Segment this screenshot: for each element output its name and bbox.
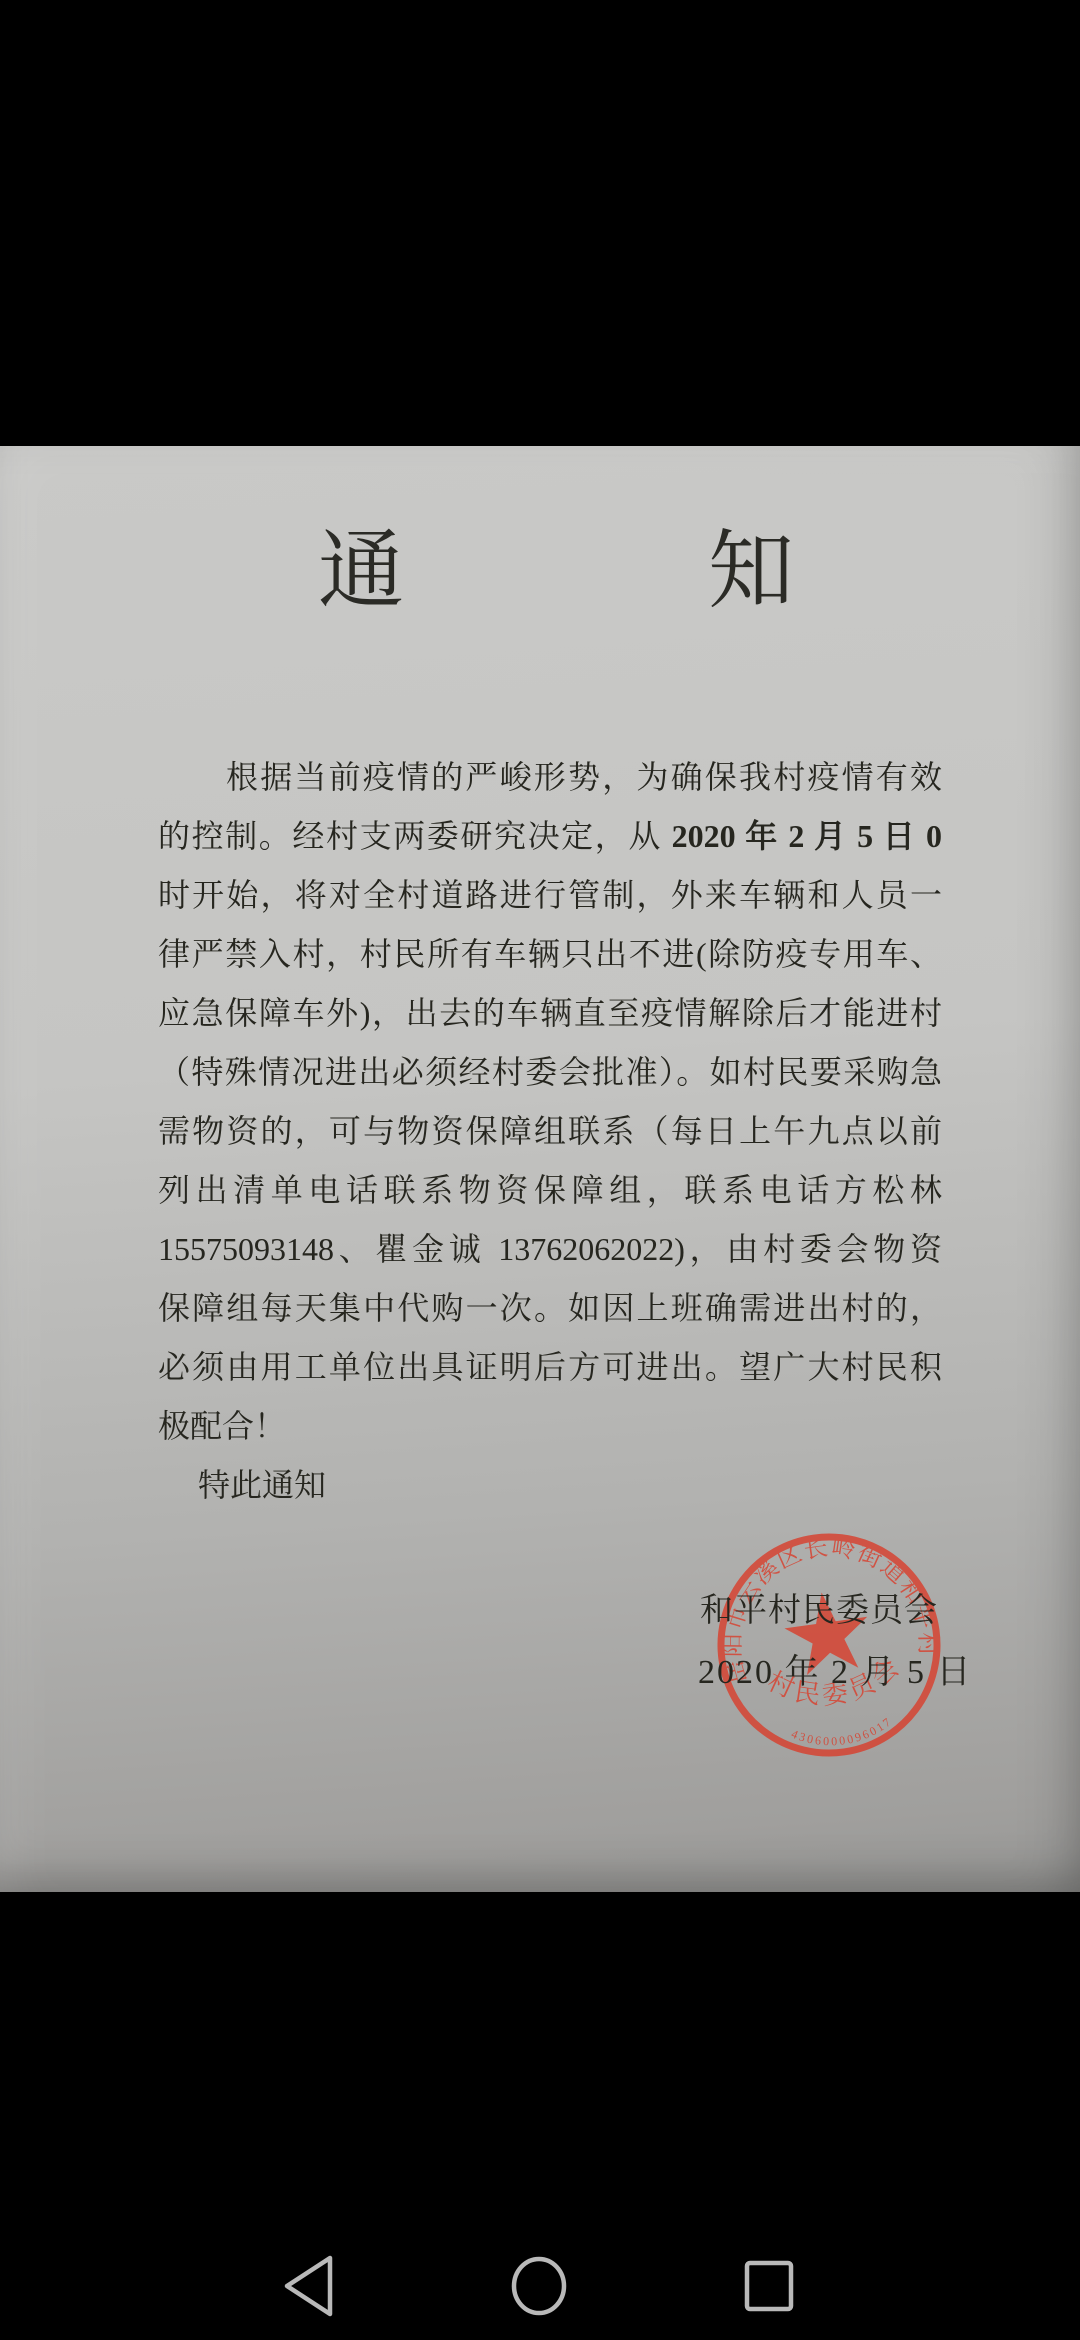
top-letterbox bbox=[0, 0, 1080, 446]
body-line: 列出清单电话联系物资保障组，联系电话方松林 bbox=[158, 1161, 942, 1220]
phone-screen: 通 知 根据当前疫情的严峻形势，为确保我村疫情有效的控制。经村支两委研究决定，从… bbox=[0, 0, 1080, 2340]
date-line: 2020 年 2 月 5 日 bbox=[698, 1644, 973, 1693]
body-line: 保障组每天集中代购一次。如因上班确需进出村的， bbox=[158, 1279, 942, 1338]
notice-photo[interactable]: 通 知 根据当前疫情的严峻形势，为确保我村疫情有效的控制。经村支两委研究决定，从… bbox=[0, 446, 1080, 1892]
body-line: 的控制。经村支两委研究决定，从 2020 年 2 月 5 日 0 bbox=[158, 807, 942, 866]
body-line: 极配合！ bbox=[158, 1397, 942, 1456]
body-line: 必须由用工单位出具证明后方可进出。望广大村民积 bbox=[158, 1338, 942, 1397]
nav-recents-button[interactable] bbox=[733, 2250, 805, 2322]
nav-home-button[interactable] bbox=[503, 2250, 575, 2322]
body-line: 需物资的，可与物资保障组联系（每日上午九点以前 bbox=[158, 1102, 942, 1161]
body-line: 根据当前疫情的严峻形势，为确保我村疫情有效 bbox=[158, 748, 942, 807]
back-icon bbox=[272, 2250, 344, 2322]
home-icon bbox=[503, 2250, 575, 2322]
nav-back-button[interactable] bbox=[272, 2250, 344, 2322]
notice-title-char-1: 通 bbox=[318, 528, 404, 614]
body-line: 15575093148、瞿金诚 13762062022)，由村委会物资 bbox=[158, 1220, 942, 1279]
body-line: （特殊情况进出必须经村委会批准）。如村民要采购急 bbox=[158, 1043, 942, 1102]
signature-line: 和平村民委员会 bbox=[700, 1584, 938, 1631]
body-line: 时开始，将对全村道路进行管制，外来车辆和人员一 bbox=[158, 866, 942, 925]
body-line: 律严禁入村，村民所有车辆只出不进(除防疫专用车、 bbox=[158, 925, 942, 984]
notice-title-char-2: 知 bbox=[708, 528, 794, 614]
body-line: 应急保障车外)，出去的车辆直至疫情解除后才能进村 bbox=[158, 984, 942, 1043]
recents-icon bbox=[733, 2250, 805, 2322]
closing-line: 特此通知 bbox=[158, 1456, 942, 1515]
notice-body: 根据当前疫情的严峻形势，为确保我村疫情有效的控制。经村支两委研究决定，从 202… bbox=[158, 748, 942, 1515]
